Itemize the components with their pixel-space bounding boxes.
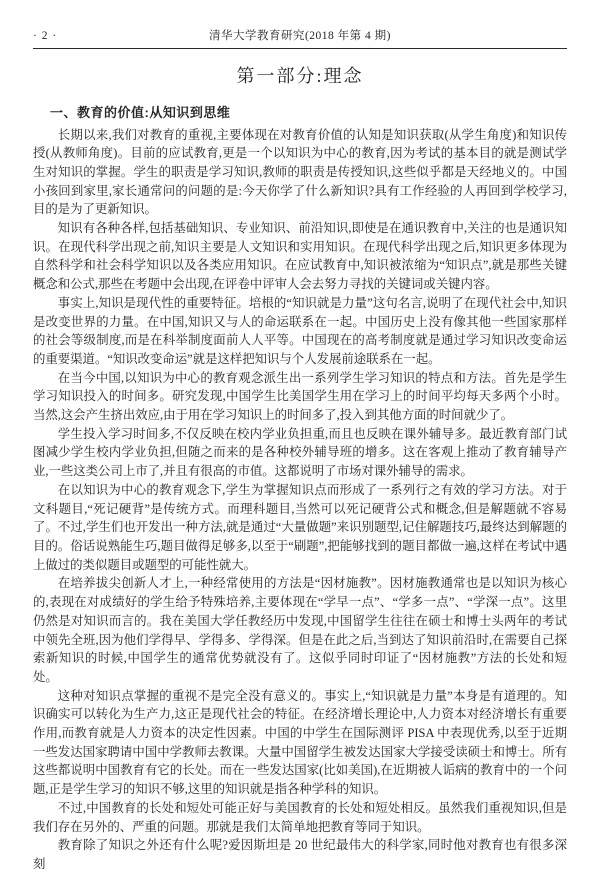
journal-title: 清华大学教育研究(2018 年第 4 期)	[209, 30, 391, 43]
paragraph: 教育除了知识之外还有什么呢?爱因斯坦是 20 世纪最伟大的科学家,同时他对教育也…	[33, 836, 567, 869]
paragraph: 学生投入学习时间多,不仅反映在校内学业负担重,而且也反映在课外辅导多。最近教育部…	[33, 425, 567, 481]
document-page: · 2 · 清华大学教育研究(2018 年第 4 期) 第一部分:理念 一、教育…	[0, 0, 600, 869]
paragraph: 知识有各种各样,包括基础知识、专业知识、前沿知识,即使是在通识教育中,关注的也是…	[33, 219, 567, 294]
paragraph: 不过,中国教育的长处和短处可能正好与美国教育的长处和短处相反。虽然我们重视知识,…	[33, 799, 567, 836]
article-body: 长期以来,我们对教育的重视,主要体现在对教育价值的认知是知识获取(从学生角度)和…	[33, 126, 567, 869]
paragraph: 在当今中国,以知识为中心的教育观念派生出一系列学生学习知识的特点和方法。首先是学…	[33, 369, 567, 425]
paragraph: 长期以来,我们对教育的重视,主要体现在对教育价值的认知是知识获取(从学生角度)和…	[33, 126, 567, 220]
paragraph: 在以知识为中心的教育观念下,学生为掌握知识点而形成了一系列行之有效的学习方法。对…	[33, 481, 567, 575]
part-title: 第一部分:理念	[0, 66, 600, 88]
paragraph: 在培养拔尖创新人才上,一种经常使用的方法是“因材施教”。因材施教通常也是以知识为…	[33, 574, 567, 686]
paragraph: 事实上,知识是现代性的重要特征。培根的“知识就是力量”这句名言,说明了在现代社会…	[33, 294, 567, 369]
paragraph: 这种对知识点掌握的重视不是完全没有意义的。事实上,“知识就是力量”本身是有道理的…	[33, 687, 567, 799]
section-heading: 一、教育的价值:从知识到思维	[33, 106, 567, 121]
page-number: · 2 ·	[33, 30, 57, 43]
page-header: · 2 · 清华大学教育研究(2018 年第 4 期)	[33, 0, 567, 49]
